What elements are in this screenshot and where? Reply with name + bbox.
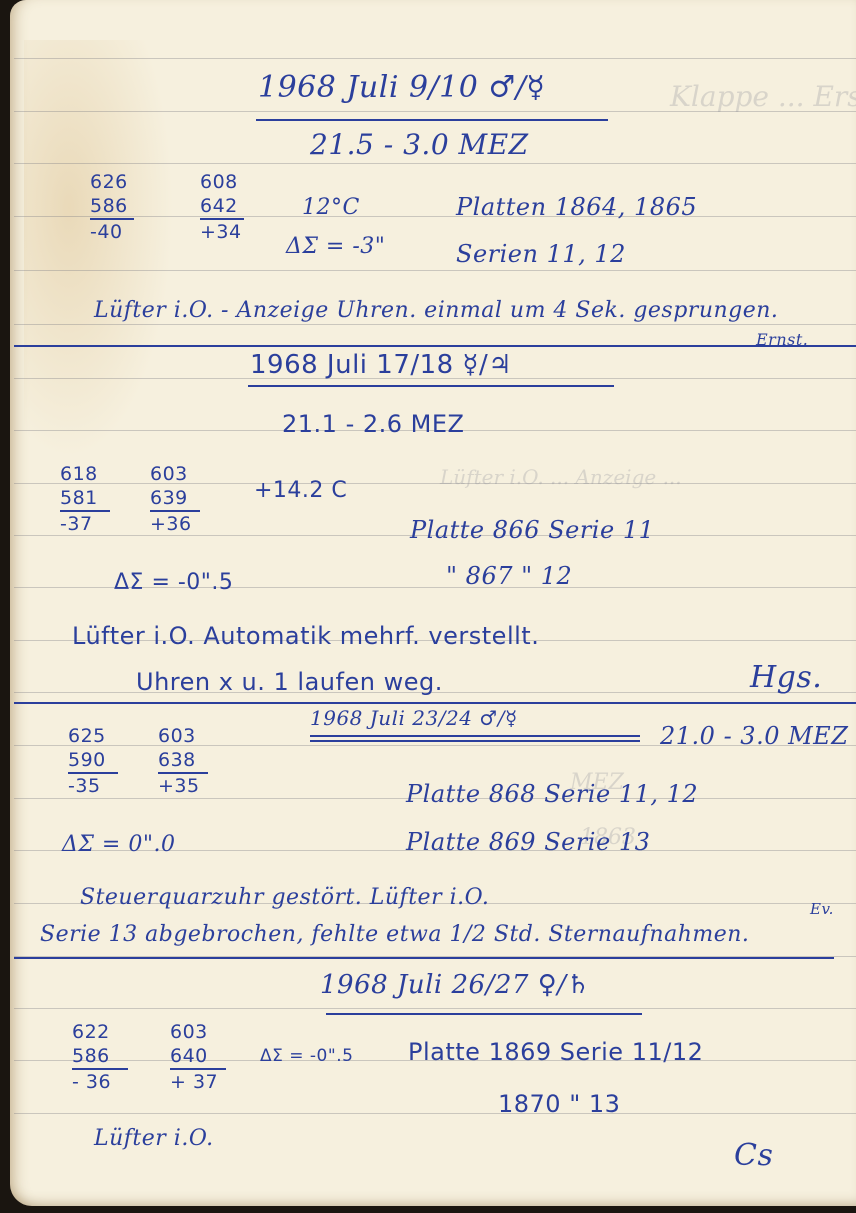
reading-value: 622 xyxy=(72,1020,128,1044)
series-numbers: Serien 11, 12 xyxy=(456,240,626,268)
reading-column-2: 608 642 +34 xyxy=(200,170,244,244)
ruled-line xyxy=(14,324,856,325)
plate-series-line-2: 1870 " 13 xyxy=(498,1090,620,1118)
reading-value: 626 xyxy=(90,170,134,194)
reading-column-2: 603 639 +36 xyxy=(150,462,200,536)
title-underline xyxy=(310,735,640,737)
reading-value: 639 xyxy=(150,486,200,510)
reading-value: 586 xyxy=(90,194,134,218)
reading-difference: -37 xyxy=(60,510,110,536)
reading-value: 625 xyxy=(68,724,118,748)
reading-value: 603 xyxy=(170,1020,226,1044)
plate-numbers: Platten 1864, 1865 xyxy=(456,193,697,221)
reading-column-1: 618 581 -37 xyxy=(60,462,110,536)
plate-series-line-1: Platte 866 Serie 11 xyxy=(410,516,654,544)
reading-value: 618 xyxy=(60,462,110,486)
reading-column-1: 626 586 -40 xyxy=(90,170,134,244)
entry-note: Uhren x u. 1 laufen weg. xyxy=(136,668,443,696)
entry-time-range: 21.0 - 3.0 MEZ xyxy=(660,722,848,750)
observer-signature: Hgs. xyxy=(750,660,822,695)
delta-sigma: ΔΣ = -3" xyxy=(286,234,385,259)
delta-sigma: ΔΣ = -0".5 xyxy=(260,1046,353,1066)
reading-difference: +36 xyxy=(150,510,200,536)
entry-title: 1968 Juli 9/10 ♂/☿ xyxy=(258,70,545,105)
reading-column-2: 603 638 +35 xyxy=(158,724,208,798)
reading-value: 590 xyxy=(68,748,118,772)
reading-value: 638 xyxy=(158,748,208,772)
reading-value: 640 xyxy=(170,1044,226,1068)
entry-separator xyxy=(14,957,834,959)
delta-sigma: ΔΣ = -0".5 xyxy=(114,570,233,595)
title-underline xyxy=(326,1013,642,1015)
reading-difference: +34 xyxy=(200,218,244,244)
reading-column-2: 603 640 + 37 xyxy=(170,1020,226,1094)
reading-value: 586 xyxy=(72,1044,128,1068)
entry-note: Serie 13 abgebrochen, fehlte etwa 1/2 St… xyxy=(40,922,749,947)
temperature: +14.2 C xyxy=(254,478,347,503)
entry-note: Lüfter i.O. xyxy=(94,1126,214,1151)
title-underline xyxy=(248,385,614,387)
entry-time-range: 21.1 - 2.6 MEZ xyxy=(282,410,464,438)
reading-value: 642 xyxy=(200,194,244,218)
ruled-line xyxy=(14,58,856,59)
entry-note: Lüfter i.O. - Anzeige Uhren. einmal um 4… xyxy=(94,298,778,323)
title-underline xyxy=(256,119,608,121)
reading-difference: +35 xyxy=(158,772,208,798)
title-double-underline xyxy=(310,740,640,742)
notebook-page: Klappe ... Ersatz mit ... Lüfter i.O. ..… xyxy=(10,0,856,1206)
reading-difference: -35 xyxy=(68,772,118,798)
ruled-line xyxy=(14,1008,856,1009)
reading-column-1: 625 590 -35 xyxy=(68,724,118,798)
temperature: 12°C xyxy=(302,195,360,220)
delta-sigma: ΔΣ = 0".0 xyxy=(62,832,175,857)
observer-signature: Cs xyxy=(734,1138,773,1173)
plate-series-line-1: Platte 1869 Serie 11/12 xyxy=(408,1038,703,1066)
entry-note: Lüfter i.O. Automatik mehrf. verstellt. xyxy=(72,622,539,650)
plate-series-line-2: " 867 " 12 xyxy=(446,562,572,590)
ruled-line xyxy=(14,1113,856,1114)
reading-difference: -40 xyxy=(90,218,134,244)
observer-signature: Ev. xyxy=(810,900,834,918)
entry-time-range: 21.5 - 3.0 MEZ xyxy=(310,128,529,161)
reading-value: 608 xyxy=(200,170,244,194)
reading-value: 603 xyxy=(150,462,200,486)
plate-series-line-1: Platte 868 Serie 11, 12 xyxy=(406,780,698,808)
reading-column-1: 622 586 - 36 xyxy=(72,1020,128,1094)
ruled-line xyxy=(14,163,856,164)
entry-separator xyxy=(14,345,856,347)
ruled-line xyxy=(14,270,856,271)
reading-value: 603 xyxy=(158,724,208,748)
entry-title: 1968 Juli 26/27 ♀/♄ xyxy=(320,970,590,1000)
plate-series-line-2: Platte 869 Serie 13 xyxy=(406,828,650,856)
entry-note: Steuerquarzuhr gestört. Lüfter i.O. xyxy=(80,885,489,910)
entry-title: 1968 Juli 17/18 ☿/♃ xyxy=(250,350,512,380)
reading-difference: - 36 xyxy=(72,1068,128,1094)
ruled-line xyxy=(14,483,856,484)
reading-value: 581 xyxy=(60,486,110,510)
bleed-through-text: Klappe ... Ersatz mit ... xyxy=(670,80,856,113)
entry-separator xyxy=(14,702,856,704)
ruled-line xyxy=(14,216,856,217)
reading-difference: + 37 xyxy=(170,1068,226,1094)
observer-signature: Ernst. xyxy=(756,330,808,349)
entry-title: 1968 Juli 23/24 ♂/☿ xyxy=(310,706,518,730)
bleed-through-text: Lüfter i.O. ... Anzeige ... xyxy=(440,465,682,489)
